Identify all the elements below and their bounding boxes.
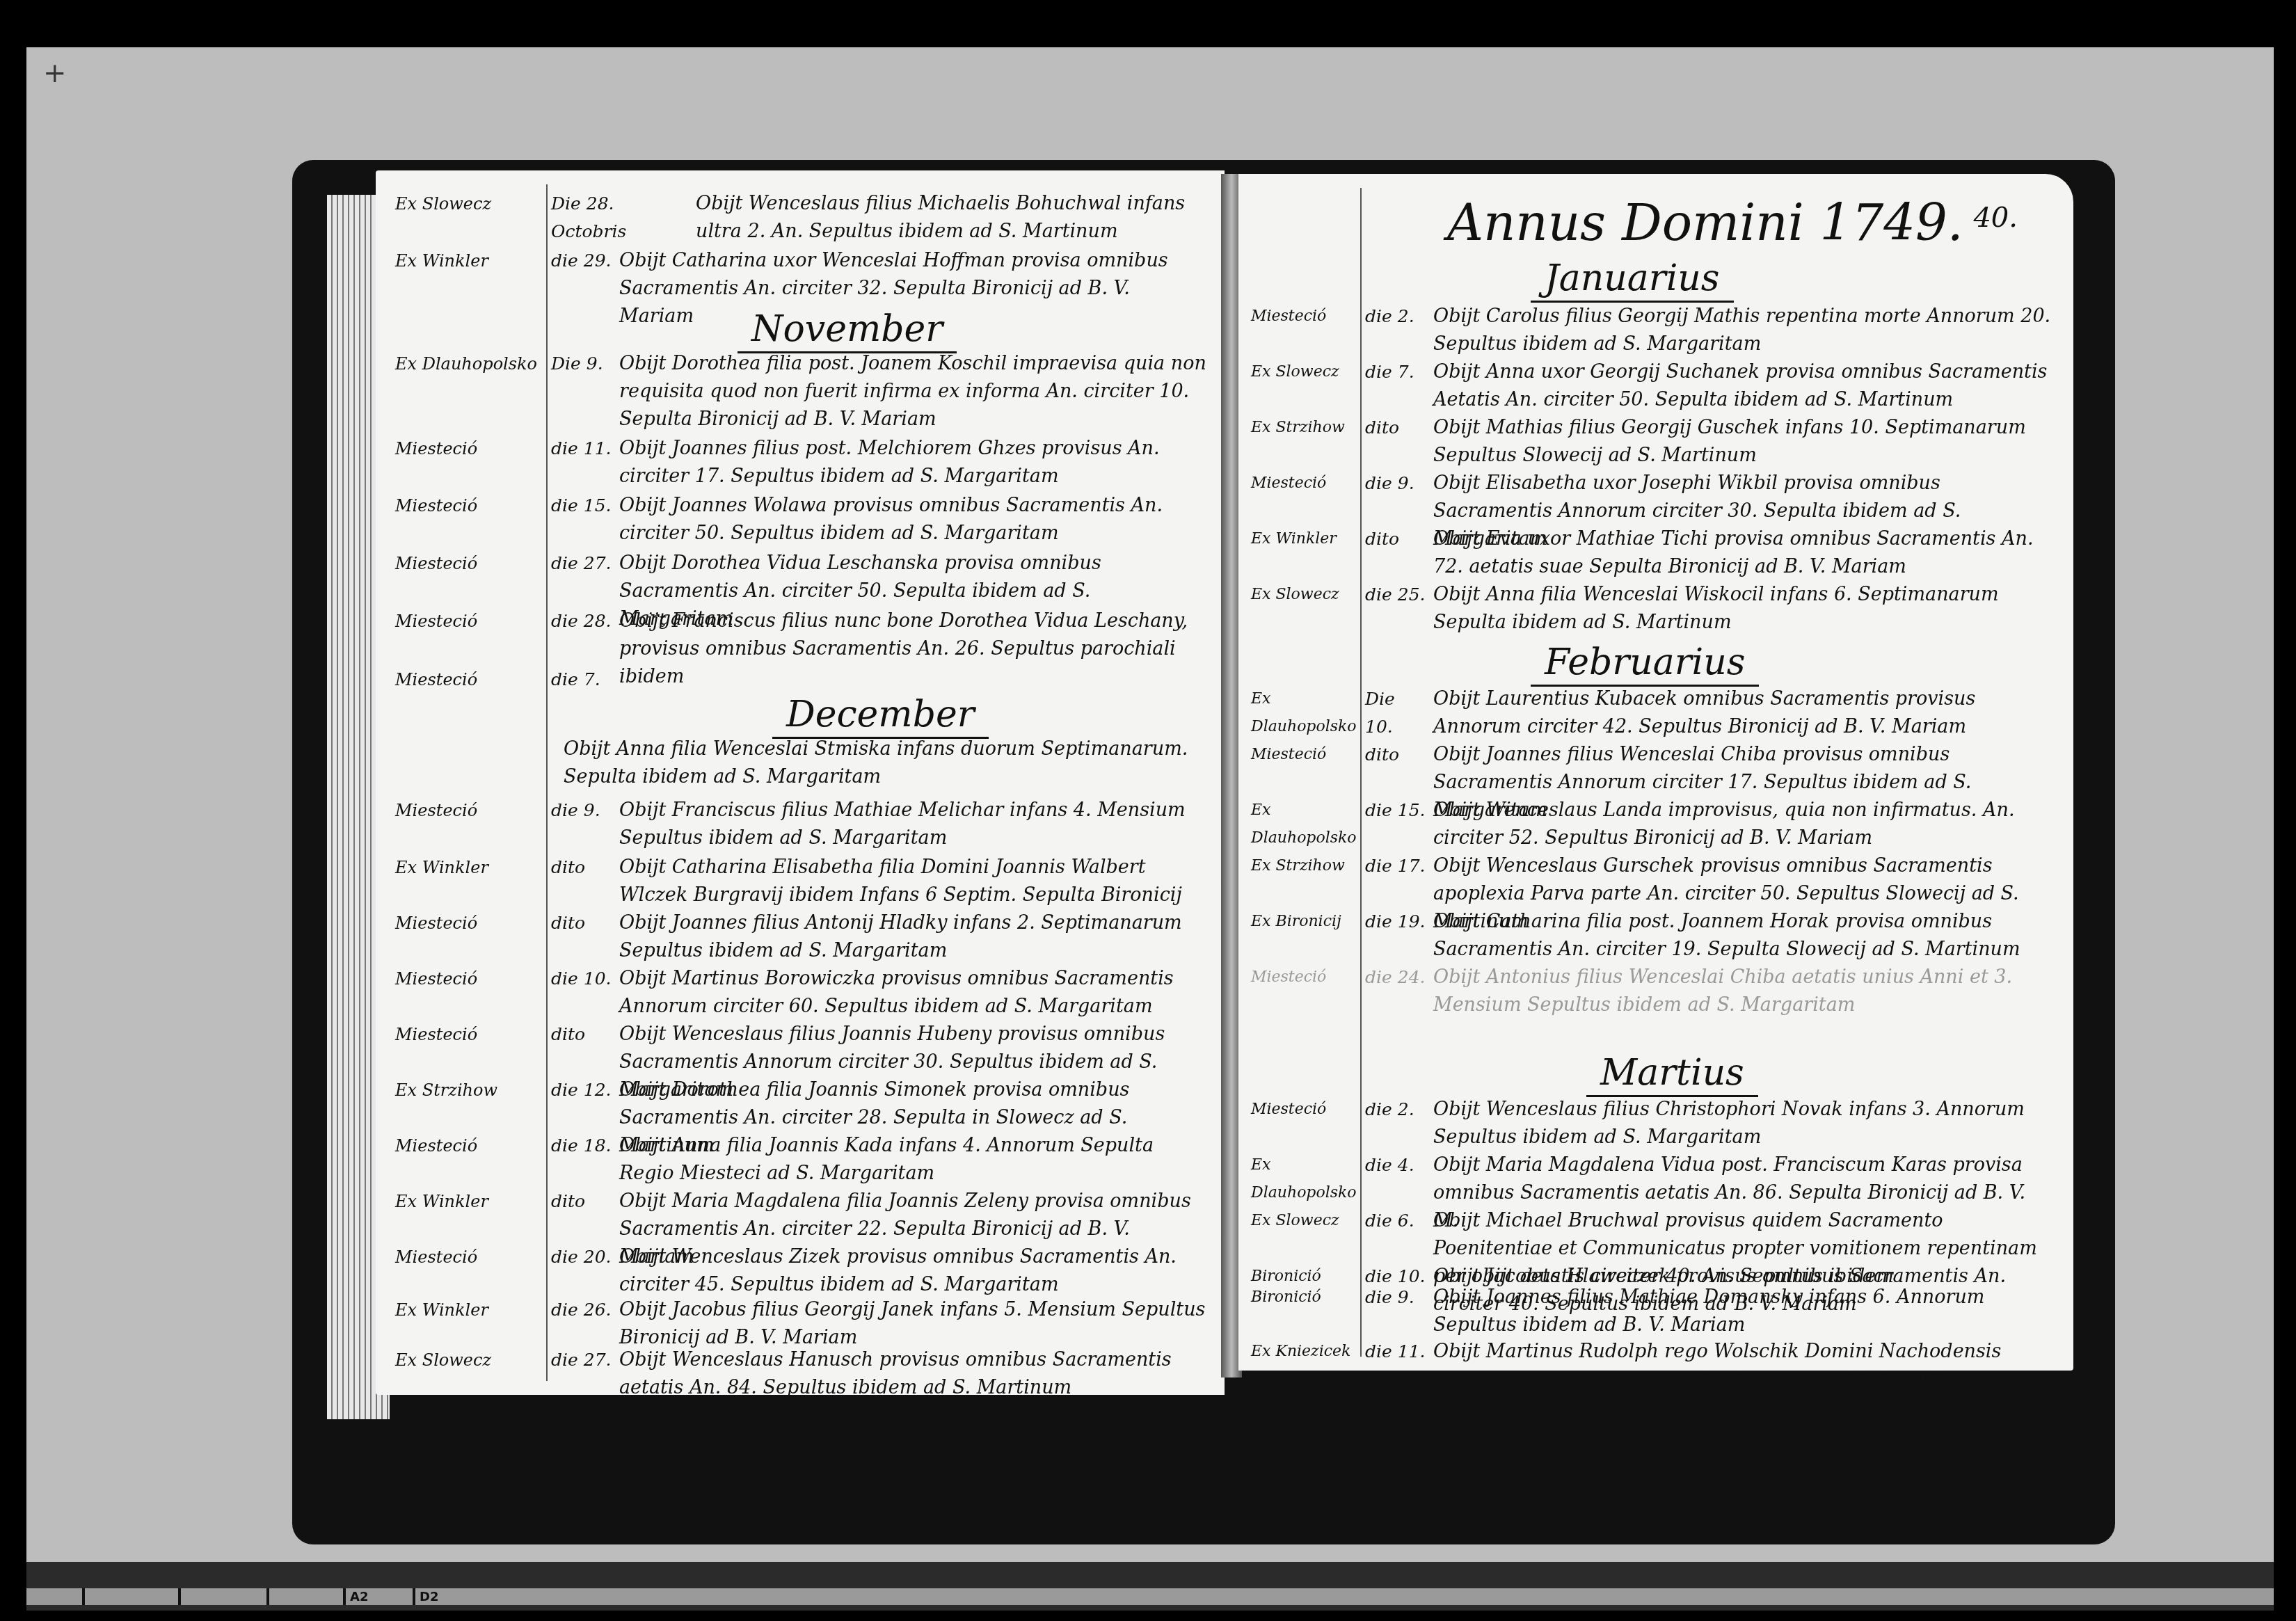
entry-place: Bironició (1251, 1284, 1355, 1311)
entry-place: Ex Dlauhopolsko (1251, 797, 1355, 852)
entry-text: Obijt Antonius filius Wenceslai Chiba ae… (1433, 964, 2052, 1019)
entry-day: die 12. (551, 1076, 617, 1104)
entry-text: Obijt Wenceslaus filius Michaelis Bohuch… (696, 190, 1208, 246)
entry-text: Obijt Catharina filia post. Joannem Hora… (1433, 908, 2052, 964)
entry-text: Obijt Wenceslaus Zizek provisus omnibus … (619, 1243, 1208, 1299)
entry-place: Ex Slowecz (1251, 358, 1355, 386)
entry-day: die 11. (1365, 1338, 1428, 1366)
ruler-tick (82, 1588, 85, 1605)
entry-text: Obijt Anna filia Wenceslai Wiskocil infa… (1433, 581, 2052, 637)
entry-place: Ex Dlauhopolsko (1251, 1151, 1355, 1207)
entry-place: Ex Winkler (395, 1188, 541, 1215)
entry-text: Obijt Wenceslaus filius Christophori Nov… (1433, 1096, 2052, 1151)
entry-day: die 29. (551, 247, 617, 275)
entry-day: dito (551, 854, 617, 881)
entry-day: die 9. (551, 797, 617, 824)
margin-rule (1360, 188, 1362, 1357)
entry-day: die 7. (1365, 358, 1428, 386)
entry-place: Miesteció (395, 909, 541, 937)
entry-place: Miesteció (395, 965, 541, 993)
entry-day: Die 28. Octobris (551, 190, 617, 246)
folio-number: 40. (1973, 202, 2018, 234)
entry-place: Miesteció (395, 1243, 541, 1271)
entry-place: Ex Winkler (395, 247, 541, 275)
entry-place: Ex Dlauhopolsko (395, 350, 541, 378)
entry-day: die 27. (551, 1346, 617, 1374)
entry-text: Obijt Mathias filius Georgij Guschek inf… (1433, 414, 2052, 470)
entry-place: Ex Bironicij (1251, 908, 1355, 936)
entry-text: Obijt Catharina Elisabetha filia Domini … (619, 854, 1208, 909)
entry-day: die 7. (551, 666, 617, 694)
entry-day: die 15. (551, 492, 617, 520)
entry-day: dito (1365, 525, 1428, 553)
entry-day: die 27. (551, 550, 617, 577)
entry-place: Ex Strzihow (395, 1076, 541, 1104)
month-heading-martius: Martius (1586, 1052, 1758, 1097)
ruler-tick (266, 1588, 269, 1605)
entry-day: die 26. (551, 1296, 617, 1324)
entry-text: Obijt Wenceslaus Hanusch provisus omnibu… (619, 1346, 1208, 1402)
entry-place: Ex Slowecz (395, 1346, 541, 1374)
margin-rule (546, 184, 548, 1381)
entry-text: Obijt Wenceslaus Landa improvisus, quia … (1433, 797, 2052, 852)
entry-place: Ex Strzihow (1251, 414, 1355, 442)
entry-day: die 11. (551, 435, 617, 463)
entry-day: dito (551, 1188, 617, 1215)
entry-day: dito (1365, 741, 1428, 769)
entry-text: Obijt Jacobus filius Georgij Janek infan… (619, 1296, 1208, 1352)
ruler-label: D2 (420, 1590, 438, 1604)
entry-day: die 20. (551, 1243, 617, 1271)
entry-text: Obijt Anna filia Wenceslai Stmiska infan… (564, 735, 1208, 791)
entry-day: die 6. (1365, 1207, 1428, 1235)
entry-place: Miesteció (395, 1021, 541, 1048)
entry-place: Miesteció (395, 797, 541, 824)
entry-place: Miesteció (1251, 964, 1355, 991)
entry-place: Miesteció (1251, 470, 1355, 497)
entry-text: Obijt Franciscus filius nunc bone Doroth… (619, 607, 1208, 691)
entry-text: Obijt Franciscus filius Mathiae Melichar… (619, 797, 1208, 852)
entry-place: Ex Slowecz (1251, 1207, 1355, 1235)
entry-place: Ex Strzihow (1251, 852, 1355, 880)
entry-place: Miesteció (395, 550, 541, 577)
film-ruler: A2 D2 (26, 1588, 2274, 1605)
entry-text: Obijt Joannes filius Antonij Hladky infa… (619, 909, 1208, 965)
entry-text: Obijt Dorothea filia post. Joanem Koschi… (619, 350, 1208, 433)
entry-day: die 18. (551, 1132, 617, 1160)
entry-place: Miesteció (395, 607, 541, 635)
entry-day: die 4. (1365, 1151, 1428, 1179)
entry-place: Ex Slowecz (395, 190, 541, 218)
entry-text: Obijt Martinus Borowiczka provisus omnib… (619, 965, 1208, 1021)
entry-text: Obijt Carolus filius Georgij Mathis repe… (1433, 303, 2052, 358)
entry-place: Miesteció (1251, 741, 1355, 769)
entry-place: Miesteció (1251, 1096, 1355, 1124)
entry-text: Obijt Anna filia Joannis Kada infans 4. … (619, 1132, 1208, 1188)
entry-text: Obijt Eva uxor Mathiae Tichi provisa omn… (1433, 525, 2052, 581)
ruler-tick (343, 1588, 346, 1605)
film-edge-strip: A2 D2 (26, 1562, 2274, 1611)
entry-text: Obijt Anna uxor Georgij Suchanek provisa… (1433, 358, 2052, 414)
entry-text: Obijt Joannes Wolawa provisus omnibus Sa… (619, 492, 1208, 548)
entry-day: die 19. (1365, 908, 1428, 936)
entry-place: Miesteció (1251, 303, 1355, 330)
left-page: Ex Slowecz Die 28. Octobris Obijt Wences… (376, 170, 1225, 1395)
entry-day: die 2. (1365, 303, 1428, 330)
film-registration-mark: + (43, 57, 67, 89)
entry-place: Ex Kniezicek (1251, 1338, 1355, 1366)
entry-text: Obijt Joannes filius Mathiae Domansky in… (1433, 1284, 2052, 1339)
entry-text: Obijt Martinus Rudolph rego Wolschik Dom… (1433, 1338, 2052, 1394)
entry-day: dito (1365, 414, 1428, 442)
entry-day: die 24. (1365, 964, 1428, 991)
entry-day: die 25. (1365, 581, 1428, 609)
entry-day: die 9. (1365, 470, 1428, 497)
entry-place: Ex Winkler (395, 1296, 541, 1324)
entry-day: Die 9. (551, 350, 617, 378)
entry-place: Miesteció (395, 1132, 541, 1160)
entry-day: die 9. (1365, 1284, 1428, 1311)
entry-day: die 2. (1365, 1096, 1428, 1124)
entry-day: die 28. (551, 607, 617, 635)
entry-text: Obijt Joannes filius post. Melchiorem Gh… (619, 435, 1208, 490)
month-heading-februarius: Februarius (1531, 641, 1759, 687)
ruler-tick (413, 1588, 415, 1605)
entry-place: Ex Dlauhopolsko (1251, 685, 1355, 741)
entry-place: Ex Winkler (395, 854, 541, 881)
right-page-lower: Bironició die 9. Obijt Joannes filius Ma… (1238, 1325, 2073, 1374)
month-heading-november: November (738, 308, 957, 353)
entry-place: Ex Winkler (1251, 525, 1355, 553)
ruler-label: A2 (350, 1590, 368, 1604)
entry-place: Miesteció (395, 435, 541, 463)
entry-day: die 10. (551, 965, 617, 993)
entry-place: Miesteció (395, 666, 541, 694)
right-page: Annus Domini 1749. 40. Januarius Miestec… (1238, 174, 2073, 1371)
month-heading-januarius: Januarius (1531, 257, 1734, 303)
month-heading-december: December (772, 694, 989, 739)
entry-place: Ex Slowecz (1251, 581, 1355, 609)
ruler-tick (178, 1588, 181, 1605)
entry-day: die 15. (1365, 797, 1428, 824)
entry-day: die 17. (1365, 852, 1428, 880)
entry-text: Obijt Laurentius Kubacek omnibus Sacrame… (1433, 685, 2052, 741)
entry-day: dito (551, 909, 617, 937)
entry-day: Die 10. (1365, 685, 1428, 741)
year-heading: Annus Domini 1749. (1447, 193, 1963, 252)
entry-place: Miesteció (395, 492, 541, 520)
entry-day: dito (551, 1021, 617, 1048)
